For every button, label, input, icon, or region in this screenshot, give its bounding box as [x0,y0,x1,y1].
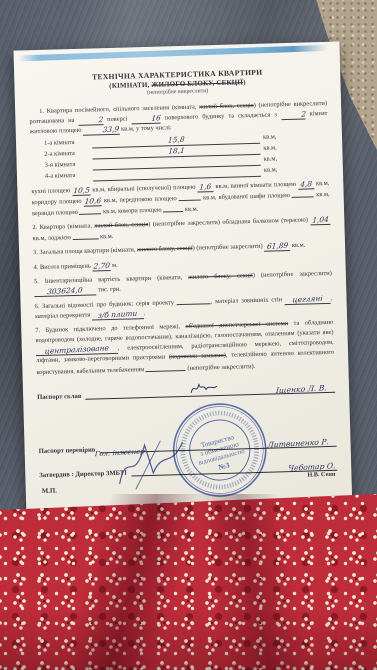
handwriting: 2 [291,111,306,117]
handwritten-entry: 303624,0 [34,287,96,297]
handwriting: 10,5 [73,187,90,193]
handwritten-entry: 2,70 [92,263,110,271]
round-stamp: Товариство з обмеженою відповідальністю … [160,390,280,510]
handwritten-name: Литвиненко Р. [267,439,329,447]
handwriting: з/б плити [98,311,138,318]
passport-made-row: Паспорт склав Іщенко Л. В. [37,378,335,401]
printed-name: Н.В. Сепп [307,471,335,479]
handwritten-name: Чеботар О. [288,463,336,471]
form-text: поверхового будинку та складається з [161,111,281,121]
struck-text: жилого блоку, секції [137,245,193,254]
form-text: тис. грн. [96,286,121,294]
form-text: кв.м, передпокою площею [102,195,179,204]
form-text: 6. Загальні відомості про будинок: серія… [35,299,177,310]
handwriting: централізоване [45,346,110,354]
form-text: ) (непотрібне закреслити) [193,243,265,252]
handwritten-entry: цегляні [285,296,331,305]
form-text: кв.м, вбудованої шафи площею [201,192,292,202]
red-fabric-folds [0,494,377,670]
form-text: кухні площею [31,187,72,195]
form-text: ) (непотрібне закреслити) [253,269,334,278]
form-text: 5. Інвентаризаційна вартість квартири (к… [34,274,189,285]
handwritten-entry: 10,5 [72,187,90,195]
photo-of-document: ТЕХНІЧНА ХАРАКТЕРИСТИКА КВАРТИРИ (КІМНАТ… [0,0,377,670]
form-text: кв.м, комори площею [101,207,163,216]
room-label: 4-а кімната [45,170,93,182]
form-text: 3. Загальна площа квартири (кімнати, [33,247,137,257]
room-unit: кв.м, [264,165,278,176]
room-unit: кв.м, [263,144,277,155]
blank-field [163,204,183,213]
form-text: ) [243,78,246,86]
handwritten-entry: 33,9 [83,127,120,136]
handwriting: 16 [141,115,161,121]
form-text: 2. Квартира (кімната, [32,223,94,232]
form-text: . [144,310,146,317]
paragraph-6: 6. Загальні відомості про будинок: серія… [34,293,332,323]
form-text: (КІМНАТИ, [109,81,151,90]
form-text: ) (непотрібне закреслити) обладнана балк… [148,217,310,229]
stamp-text-line4: №3 [217,460,230,472]
blank-field [177,296,211,305]
form-text: 4. Висота приміщень [33,262,92,271]
handwritten-entry: 2 [281,112,306,121]
handwriting: 1,6 [199,184,211,190]
struck-text: жилий блок, секція [94,221,148,230]
paragraph-5: 5. Інвентаризаційна вартість квартири (к… [34,268,332,297]
blank-field [292,189,314,198]
form-text: кв.м. [98,233,113,240]
handwriting: 1,04 [312,217,329,223]
document-paper: ТЕХНІЧНА ХАРАКТЕРИСТИКА КВАРТИРИ (КІМНАТ… [13,42,352,523]
form-text: (непотрібне закреслити). [186,363,256,372]
form-text: 7. Будинок підключено до телефонної мере… [35,323,185,334]
rooms-table: 1-а кімната 15,8 кв.м, 2-а кімната 18,1 … [44,133,278,183]
handwriting: 18,1 [168,148,185,154]
blank-field [72,232,98,241]
struck-text: жилого блоку, секції [188,272,253,281]
handwriting: 10,6 [84,198,101,204]
passport-checked-label: Паспорт перевірив [39,446,100,455]
blank-field [79,206,101,215]
form-text: кв.м. [290,242,305,249]
handwriting: 33,9 [93,127,120,133]
form-text: кв.м, вбиральні (сполученої) площею [90,183,197,193]
form-text: кв.м, ванної кімнати площею [213,181,298,190]
paragraph-7: 7. Будинок підключено до телефонної мере… [35,318,334,378]
room-unit: кв.м, [263,133,277,144]
handwriting: 2,70 [93,262,110,268]
form-body: ТЕХНІЧНА ХАРАКТЕРИСТИКА КВАРТИРИ (КІМНАТ… [28,58,335,378]
struck-text: жилий блок, секція [199,102,254,111]
handwritten-entry: з/б плити [92,311,144,320]
handwritten-entry: 61,89 [264,243,290,252]
handwriting: 2 [88,117,103,123]
blank-field [146,362,186,371]
handwriting: 4,8 [300,181,312,187]
handwriting: 61,89 [266,243,288,249]
form-text: м. [110,261,117,268]
form-text: кв.м, у тому числі: [119,124,171,132]
signature-mark [190,381,218,396]
struck-text: (кодовими замками) [169,352,226,361]
form-text: кв.м. [183,206,198,213]
handwritten-entry: 2 [78,117,103,126]
handwritten-entry: 1,6 [197,184,213,192]
form-text: поверсі [103,115,131,123]
handwritten-name: Іщенко Л. В. [276,385,327,393]
handwritten-entry: 16 [131,116,161,125]
blank-field [179,192,201,201]
handwriting: цегляні [293,296,324,303]
handwriting: 15,8 [168,137,185,143]
form-text: , матеріал зовнішніх стін [211,296,285,305]
handwritten-entry: 1,04 [310,217,330,226]
signature-line: Іщенко Л. В. [85,378,335,400]
passport-made-label: Паспорт склав [37,393,85,401]
struck-text: об'єднаної диспетчерської системи [185,320,288,330]
handwriting: 303624,0 [47,287,83,294]
paragraph-1: 1. Квартира посімейного, спільного засел… [29,99,328,138]
paragraph-kitchen: кухні площею 10,5 кв.м, вбиральні (сполу… [31,179,330,220]
room-unit: кв.м, [264,154,278,165]
